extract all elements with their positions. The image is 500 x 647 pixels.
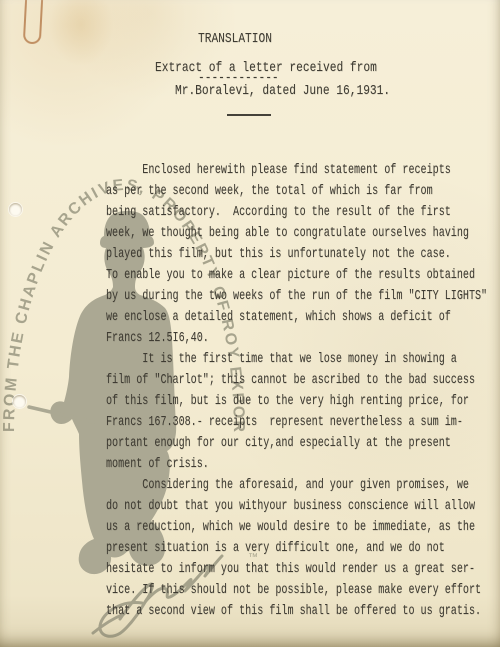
letter-body: Enclosed herewith please find statement … <box>106 160 487 622</box>
typewritten-line: played this film, but this is unfortunat… <box>106 244 487 265</box>
typewritten-line: being satisfactory. According to the res… <box>106 202 487 223</box>
punch-hole-bottom <box>13 395 26 408</box>
typewritten-line: that a second view of this film shall be… <box>106 601 487 622</box>
typewritten-line: by us during the two weeks of the run of… <box>106 286 487 307</box>
typewritten-line: present situation is a very difficult on… <box>106 538 487 559</box>
typewritten-line: of this film, but is due to the very hig… <box>106 391 487 412</box>
document-title: TRANSLATION <box>198 33 279 46</box>
typewritten-line: we enclose a detailed statement, which s… <box>106 307 487 328</box>
typewritten-line: vice. If this should not be possible, pl… <box>106 580 487 601</box>
typewritten-line: us a reduction, which we would desire to… <box>106 517 487 538</box>
paperclip-rust-mark <box>23 0 43 44</box>
typewritten-line: hesitate to inform you that this would r… <box>106 559 487 580</box>
typewritten-line: as per the second week, the total of whi… <box>106 181 487 202</box>
typewritten-line: To enable you to make a clear picture of… <box>106 265 487 286</box>
paper-stain <box>46 0 116 70</box>
heading-line-1: Extract of a letter received from <box>155 58 377 79</box>
punch-hole-top <box>9 203 22 216</box>
typewritten-line: Considering the aforesaid, and your give… <box>106 475 487 496</box>
typewritten-line: moment of crisis. <box>106 454 487 475</box>
typewritten-line: Francs 12.5I6,40. <box>106 328 487 349</box>
heading-divider-line <box>227 114 271 116</box>
heading-line-2: Mr.Boralevi, dated June 16,1931. <box>175 81 390 102</box>
typewritten-line: do not doubt that you withyour business … <box>106 496 487 517</box>
typewritten-line: portant enough for our city,and especial… <box>106 433 487 454</box>
typewritten-line: week, we thought being able to congratul… <box>106 223 487 244</box>
scanned-letter-page: FROM THE CHAPLIN ARCHIVES, PROPERTY OF R… <box>0 0 500 647</box>
typewritten-line: film of "Charlot"; this cannot be ascrib… <box>106 370 487 391</box>
typewritten-line: Francs 167.308.- receipts represent neve… <box>106 412 487 433</box>
typewritten-line: It is the first time that we lose money … <box>106 349 487 370</box>
typewritten-line: Enclosed herewith please find statement … <box>106 160 487 181</box>
